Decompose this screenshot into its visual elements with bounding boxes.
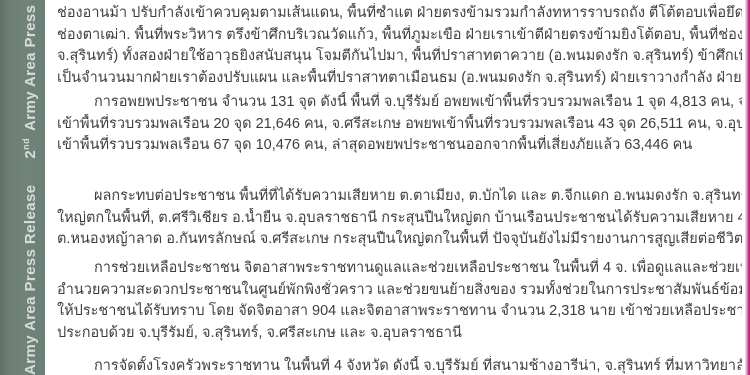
text-line: ให้ประชาชนได้รับทราบ โดย จัดจิตอาสา 904 …	[57, 301, 742, 323]
right-accent-rule	[745, 0, 750, 375]
text-line: ต.หนองหญ้าลาด อ.กันทรลักษณ์ จ.ศรีสะเกษ ก…	[57, 229, 742, 251]
banner-text-bottom: Army Area Press Release	[22, 185, 39, 375]
text-line: ใหญ่ตกในพื้นที่, ต.ศรีวิเชียร อ.น้ำยืน จ…	[57, 208, 742, 230]
text-line: เข้าพื้นที่รวบรวมพลเรือน 67 จุด 10,476 ค…	[57, 135, 742, 157]
text-line: การอพยพประชาชน จำนวน 131 จุด ดังนี้ พื้น…	[57, 92, 742, 114]
text-line: การช่วยเหลือประชาชน จิตอาสาพระราชทานดูแล…	[57, 258, 742, 280]
side-banner-watermark: Army Area Press Release2ndArmy Area Pres…	[7, 0, 45, 375]
banner-ordinal-group: 2nd	[22, 138, 39, 159]
text-line: เป็นจำนวนมากฝ่ายเราต้องปรับแผน และพื้นที…	[57, 68, 742, 90]
paragraph-civilian-impact: ผลกระทบต่อประชาชน พื้นที่ที่ได้รับความเส…	[57, 186, 742, 251]
text-line: ช่องตาเฒ่า. พื้นที่พระวิหาร ตรึงข้าศึกบร…	[57, 25, 742, 47]
paragraph-evacuation: การอพยพประชาชน จำนวน 131 จุด ดังนี้ พื้น…	[57, 92, 742, 157]
text-line: ช่องอานม้า ปรับกำลังเข้าควบคุมตามเส้นแดน…	[57, 3, 742, 25]
text-line: การจัดตั้งโรงครัวพระราชทาน ในพื้นที่ 4 จ…	[57, 356, 742, 375]
paragraph-royal-kitchen: การจัดตั้งโรงครัวพระราชทาน ในพื้นที่ 4 จ…	[57, 356, 742, 375]
paragraph-civilian-assistance: การช่วยเหลือประชาชน จิตอาสาพระราชทานดูแล…	[57, 258, 742, 344]
side-banner: Army Area Press Release2ndArmy Area Pres…	[0, 0, 45, 375]
banner-ordinal: 2	[22, 150, 39, 159]
text-line: อำนวยความสะดวกประชาชนในศูนย์พักพิงชั่วคร…	[57, 280, 742, 302]
text-line: ประกอบด้วย จ.บุรีรัมย์, จ.สุรินทร์, จ.ศร…	[57, 323, 742, 345]
text-line: เข้าพื้นที่รวบรวมพลเรือน 20 จุด 21,646 ค…	[57, 114, 742, 136]
paragraph-border-situation: ช่องอานม้า ปรับกำลังเข้าควบคุมตามเส้นแดน…	[57, 3, 742, 89]
banner-ordinal-suffix: nd	[21, 138, 31, 150]
text-line: จ.สุรินทร์) ทั้งสองฝ่ายใช้อาวุธยิงสนับสน…	[57, 46, 742, 68]
document-body: ช่องอานม้า ปรับกำลังเข้าควบคุมตามเส้นแดน…	[57, 0, 742, 375]
text-line: ผลกระทบต่อประชาชน พื้นที่ที่ได้รับความเส…	[57, 186, 742, 208]
press-release-page: Army Area Press Release2ndArmy Area Pres…	[0, 0, 750, 375]
banner-text-top: Army Area Press Release	[22, 0, 39, 131]
